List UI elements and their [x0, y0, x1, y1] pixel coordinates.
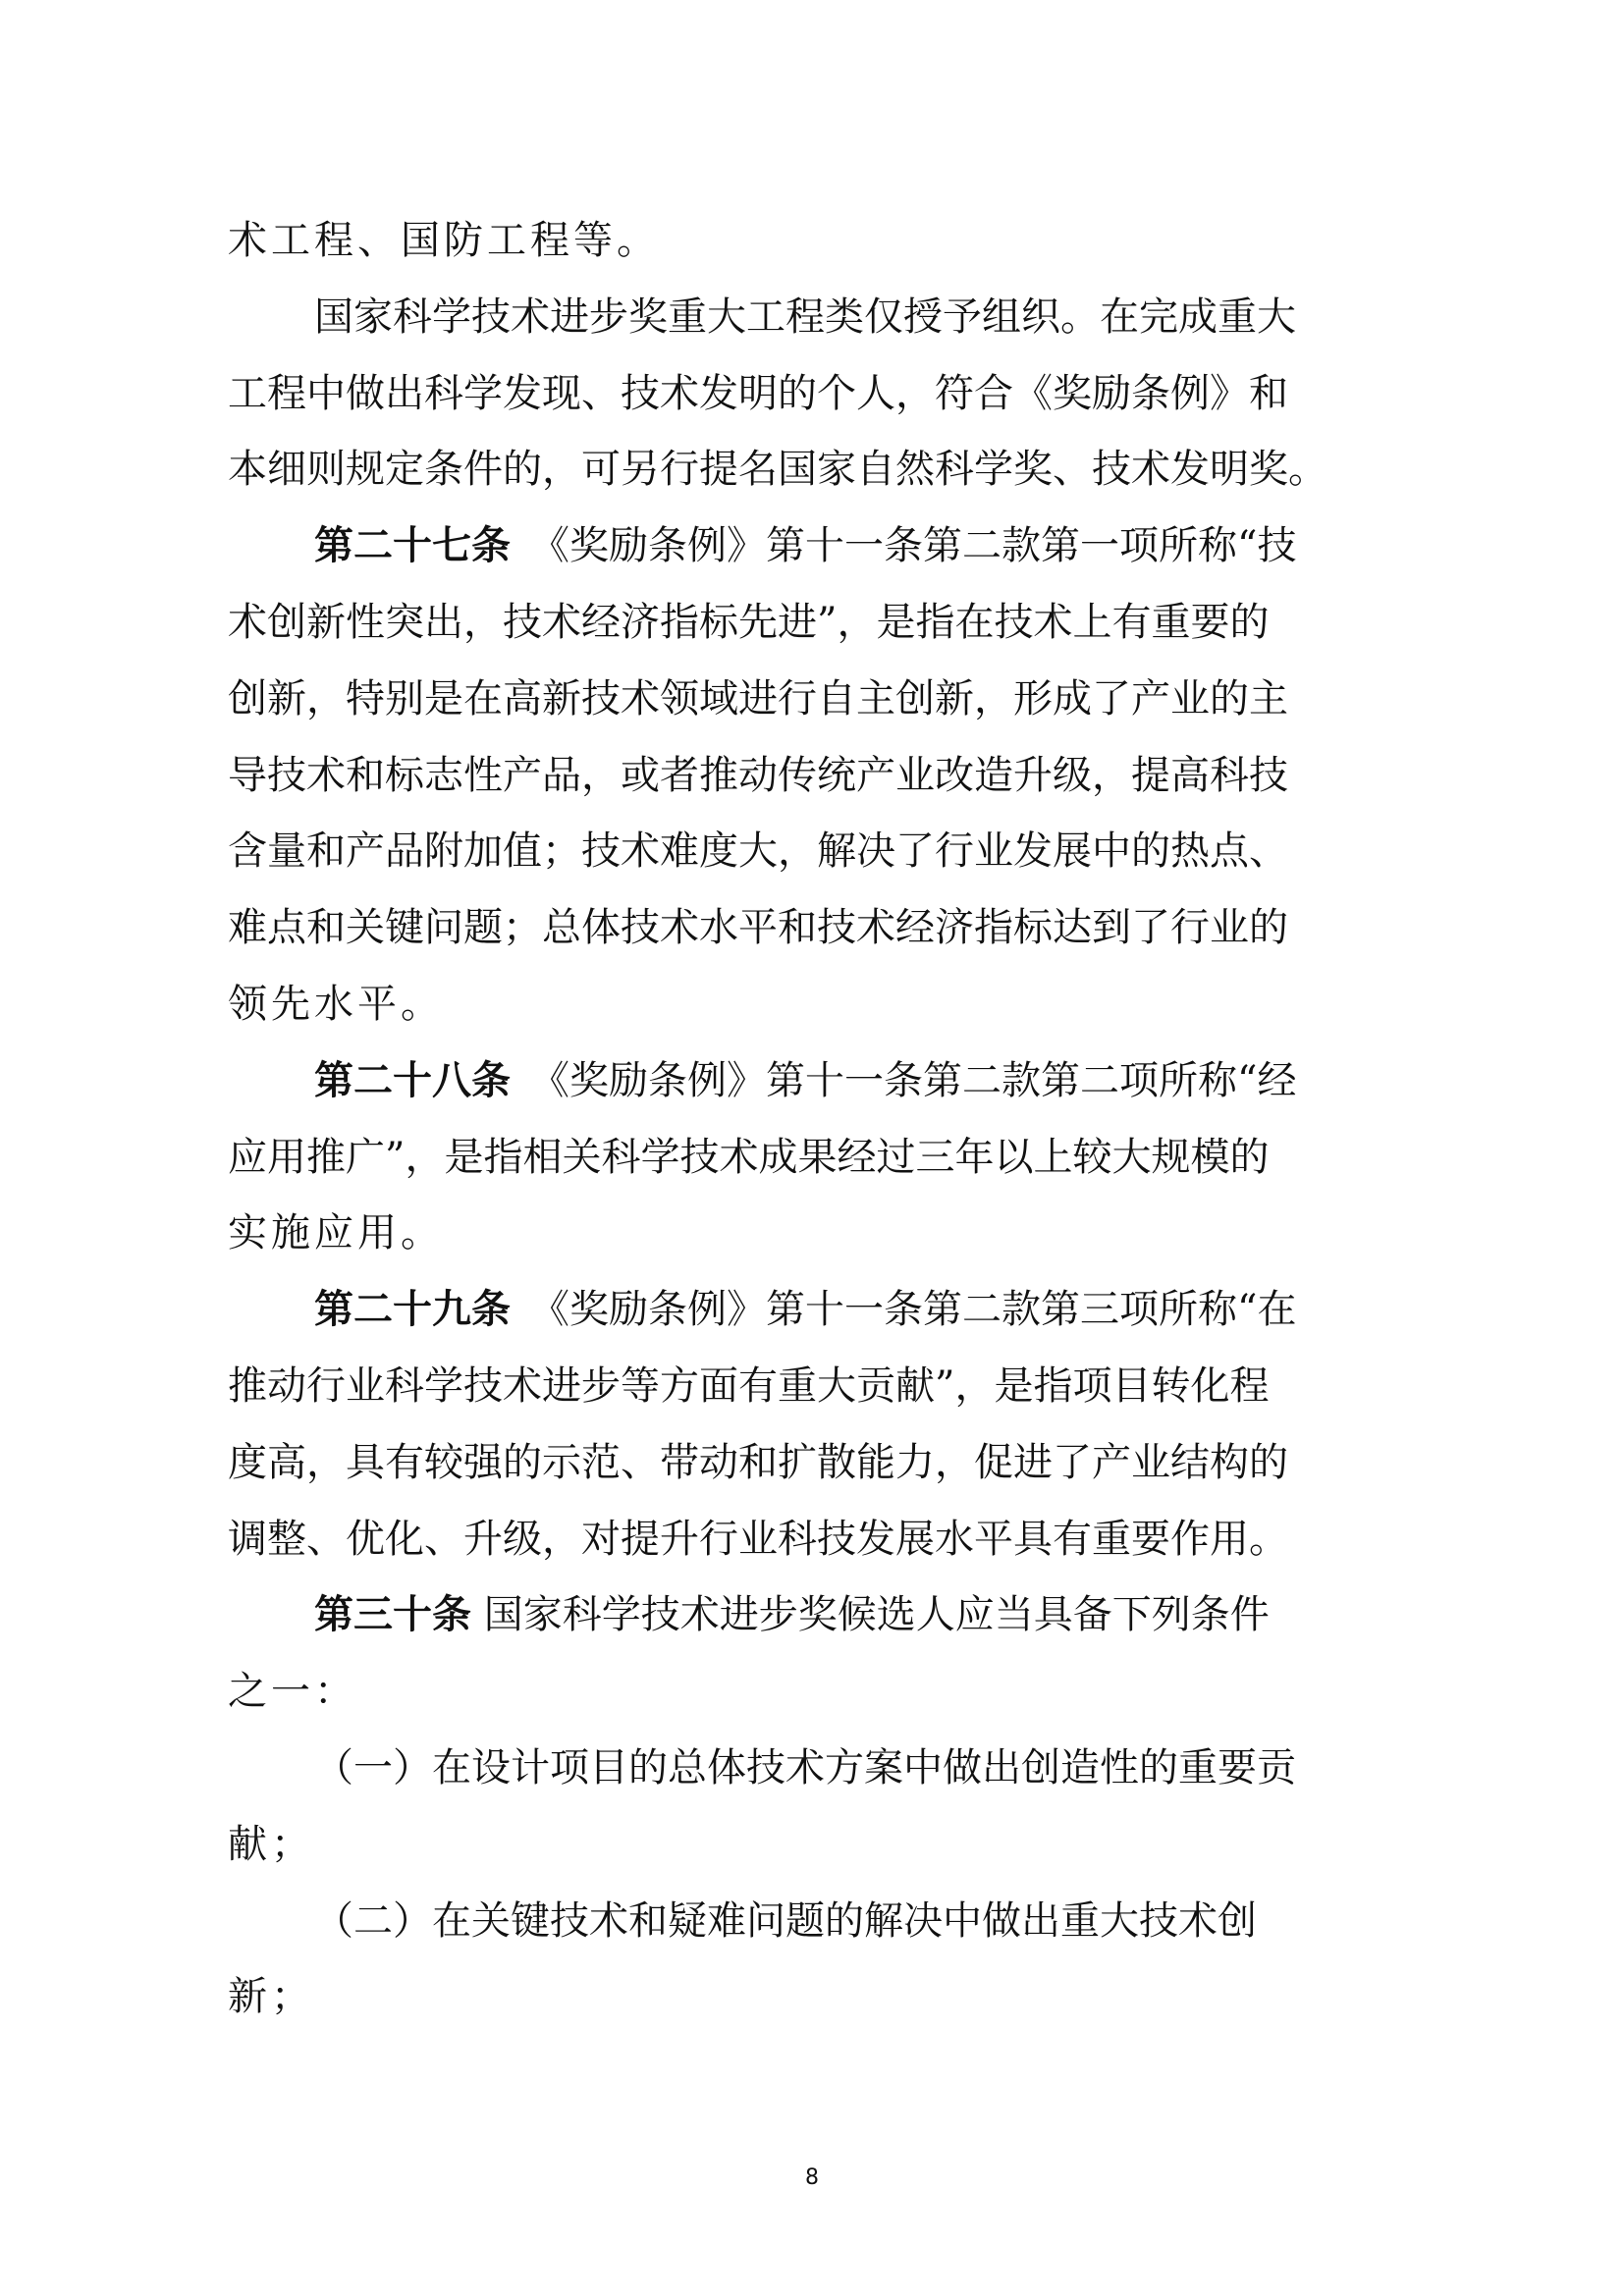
text-line: 新； [228, 1959, 1399, 2036]
text-span: 《奖励条例》第十一条第二款第一项所称“技 [511, 523, 1296, 568]
text-line: 工程中做出科学发现、技术发明的个人，符合《奖励条例》和 [228, 356, 1399, 433]
text-span: 《奖励条例》第十一条第二款第二项所称“经 [511, 1058, 1296, 1103]
text-line: 含量和产品附加值；技术难度大，解决了行业发展中的热点、 [228, 814, 1399, 890]
text-line: 实施应用。 [228, 1196, 1399, 1272]
article-heading: 第二十七条 [314, 523, 511, 568]
text-line: 术工程、国防工程等。 [228, 203, 1399, 280]
article-27-first-line: 第二十七条 《奖励条例》第十一条第二款第一项所称“技 [228, 508, 1399, 585]
list-item-1-first-line: （一）在设计项目的总体技术方案中做出创造性的重要贡 [228, 1731, 1399, 1807]
article-heading: 第三十条 [314, 1592, 471, 1637]
text-line: 本细则规定条件的，可另行提名国家自然科学奖、技术发明奖。 [228, 432, 1399, 508]
text-line: 创新，特别是在高新技术领域进行自主创新，形成了产业的主 [228, 662, 1399, 738]
text-line: 推动行业科学技术进步等方面有重大贡献”，是指项目转化程 [228, 1349, 1399, 1425]
article-heading: 第二十九条 [314, 1287, 511, 1332]
text-line: 国家科学技术进步奖重大工程类仅授予组织。在完成重大 [228, 280, 1399, 356]
text-line: 调整、优化、升级，对提升行业科技发展水平具有重要作用。 [228, 1502, 1399, 1578]
text-line: 导技术和标志性产品，或者推动传统产业改造升级，提高科技 [228, 738, 1399, 815]
article-heading: 第二十八条 [314, 1058, 511, 1103]
article-29-first-line: 第二十九条 《奖励条例》第十一条第二款第三项所称“在 [228, 1272, 1399, 1349]
text-line: 献； [228, 1807, 1399, 1884]
text-span: 《奖励条例》第十一条第二款第三项所称“在 [511, 1287, 1296, 1332]
text-line: 难点和关键问题；总体技术水平和技术经济指标达到了行业的 [228, 890, 1399, 967]
text-line: 领先水平。 [228, 967, 1399, 1043]
article-30-first-line: 第三十条 国家科学技术进步奖候选人应当具备下列条件 [228, 1577, 1399, 1654]
text-span: 国家科学技术进步奖候选人应当具备下列条件 [471, 1592, 1270, 1637]
article-28-first-line: 第二十八条 《奖励条例》第十一条第二款第二项所称“经 [228, 1043, 1399, 1120]
document-body: 术工程、国防工程等。 国家科学技术进步奖重大工程类仅授予组织。在完成重大 工程中… [228, 203, 1399, 2036]
list-item-2-first-line: （二）在关键技术和疑难问题的解决中做出重大技术创 [228, 1884, 1399, 1960]
document-page: 术工程、国防工程等。 国家科学技术进步奖重大工程类仅授予组织。在完成重大 工程中… [0, 0, 1624, 2296]
text-line: 应用推广”，是指相关科学技术成果经过三年以上较大规模的 [228, 1120, 1399, 1197]
page-number: 8 [0, 2165, 1624, 2190]
text-line: 术创新性突出，技术经济指标先进”，是指在技术上有重要的 [228, 585, 1399, 662]
text-line: 度高，具有较强的示范、带动和扩散能力，促进了产业结构的 [228, 1425, 1399, 1502]
text-line: 之一： [228, 1654, 1399, 1731]
